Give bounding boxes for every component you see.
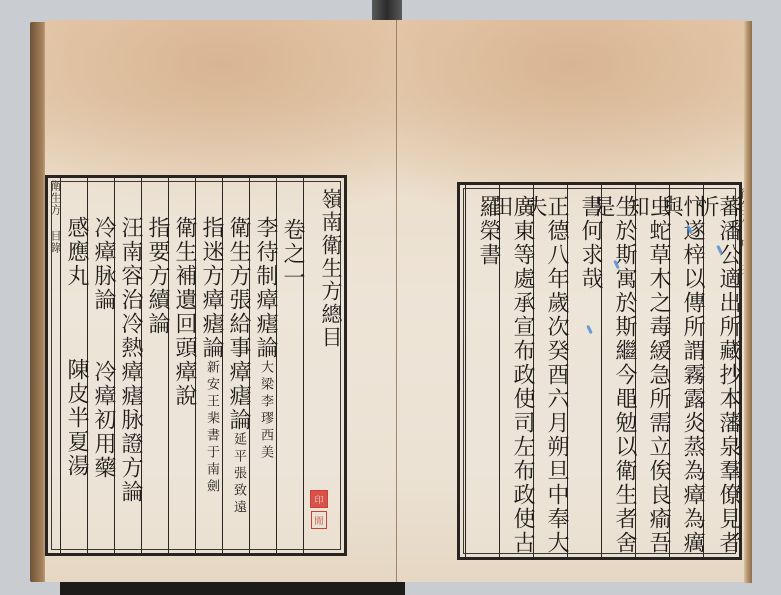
toc-entry: 冷瘴脉論冷瘴初用藥 bbox=[87, 178, 114, 553]
preface-column: 虫蛇草木之毒緩急所需立俟良瘉吾知 bbox=[635, 185, 669, 557]
preface-column: 正德八年歲次癸酉六月朔旦中奉大夫 bbox=[533, 185, 567, 557]
toc-entry: 感應丸陳皮半夏湯 bbox=[60, 178, 87, 553]
preface-column: 生於斯寓於斯繼今黽勉以衛生者舍是 bbox=[601, 185, 635, 557]
fold-label-left: 衛生方 目錄 bbox=[47, 180, 63, 254]
right-page: 蕃潘公適出所藏抄本藩泉羣僚見者忻 忭遂梓以傳所謂霧露炎蒸為瘴為癘與 虫蛇草木之毒… bbox=[397, 20, 745, 582]
right-text-frame: 蕃潘公適出所藏抄本藩泉羣僚見者忻 忭遂梓以傳所謂霧露炎蒸為瘴為癘與 虫蛇草木之毒… bbox=[457, 182, 742, 560]
preface-column: 忭遂梓以傳所謂霧露炎蒸為瘴為癘與 bbox=[669, 185, 703, 557]
preface-column: 書何求哉 bbox=[567, 185, 601, 557]
red-seal-square: 印 bbox=[310, 490, 328, 508]
toc-entry: 指迷方瘴瘧論新安王棐書于南劍 bbox=[195, 178, 222, 553]
left-text-frame: 嶺南衛生方總目 卷之一 李待制瘴瘧論大梁李璆西美 衛生方張給事瘴瘧論延平張致遠 … bbox=[45, 175, 347, 556]
toc-entry: 李待制瘴瘧論大梁李璆西美 bbox=[249, 178, 276, 553]
preface-column: 廣東等處承宣布政使司左布政使古田 bbox=[499, 185, 533, 557]
toc-entry: 汪南容治冷熱瘴瘧脉證方論 bbox=[114, 178, 141, 553]
red-seal-outline: 閒 bbox=[311, 511, 327, 529]
open-book: 嶺南衛生方總目 卷之一 李待制瘴瘧論大梁李璆西美 衛生方張給事瘴瘧論延平張致遠 … bbox=[30, 18, 752, 584]
toc-entry: 衛生補遺回頭瘴說 bbox=[168, 178, 195, 553]
left-page: 嶺南衛生方總目 卷之一 李待制瘴瘧論大梁李璆西美 衛生方張給事瘴瘧論延平張致遠 … bbox=[45, 20, 397, 582]
toc-entry: 衛生方張給事瘴瘧論延平張致遠 bbox=[222, 178, 249, 553]
preface-signature: 羅榮書 bbox=[465, 185, 499, 557]
toc-entry: 指要方續論 bbox=[141, 178, 168, 553]
book-edge-right bbox=[744, 21, 752, 583]
volume-label: 卷之一 bbox=[276, 178, 303, 553]
book-edge-left bbox=[30, 22, 46, 582]
preface-column: 蕃潘公適出所藏抄本藩泉羣僚見者忻 bbox=[703, 185, 739, 557]
